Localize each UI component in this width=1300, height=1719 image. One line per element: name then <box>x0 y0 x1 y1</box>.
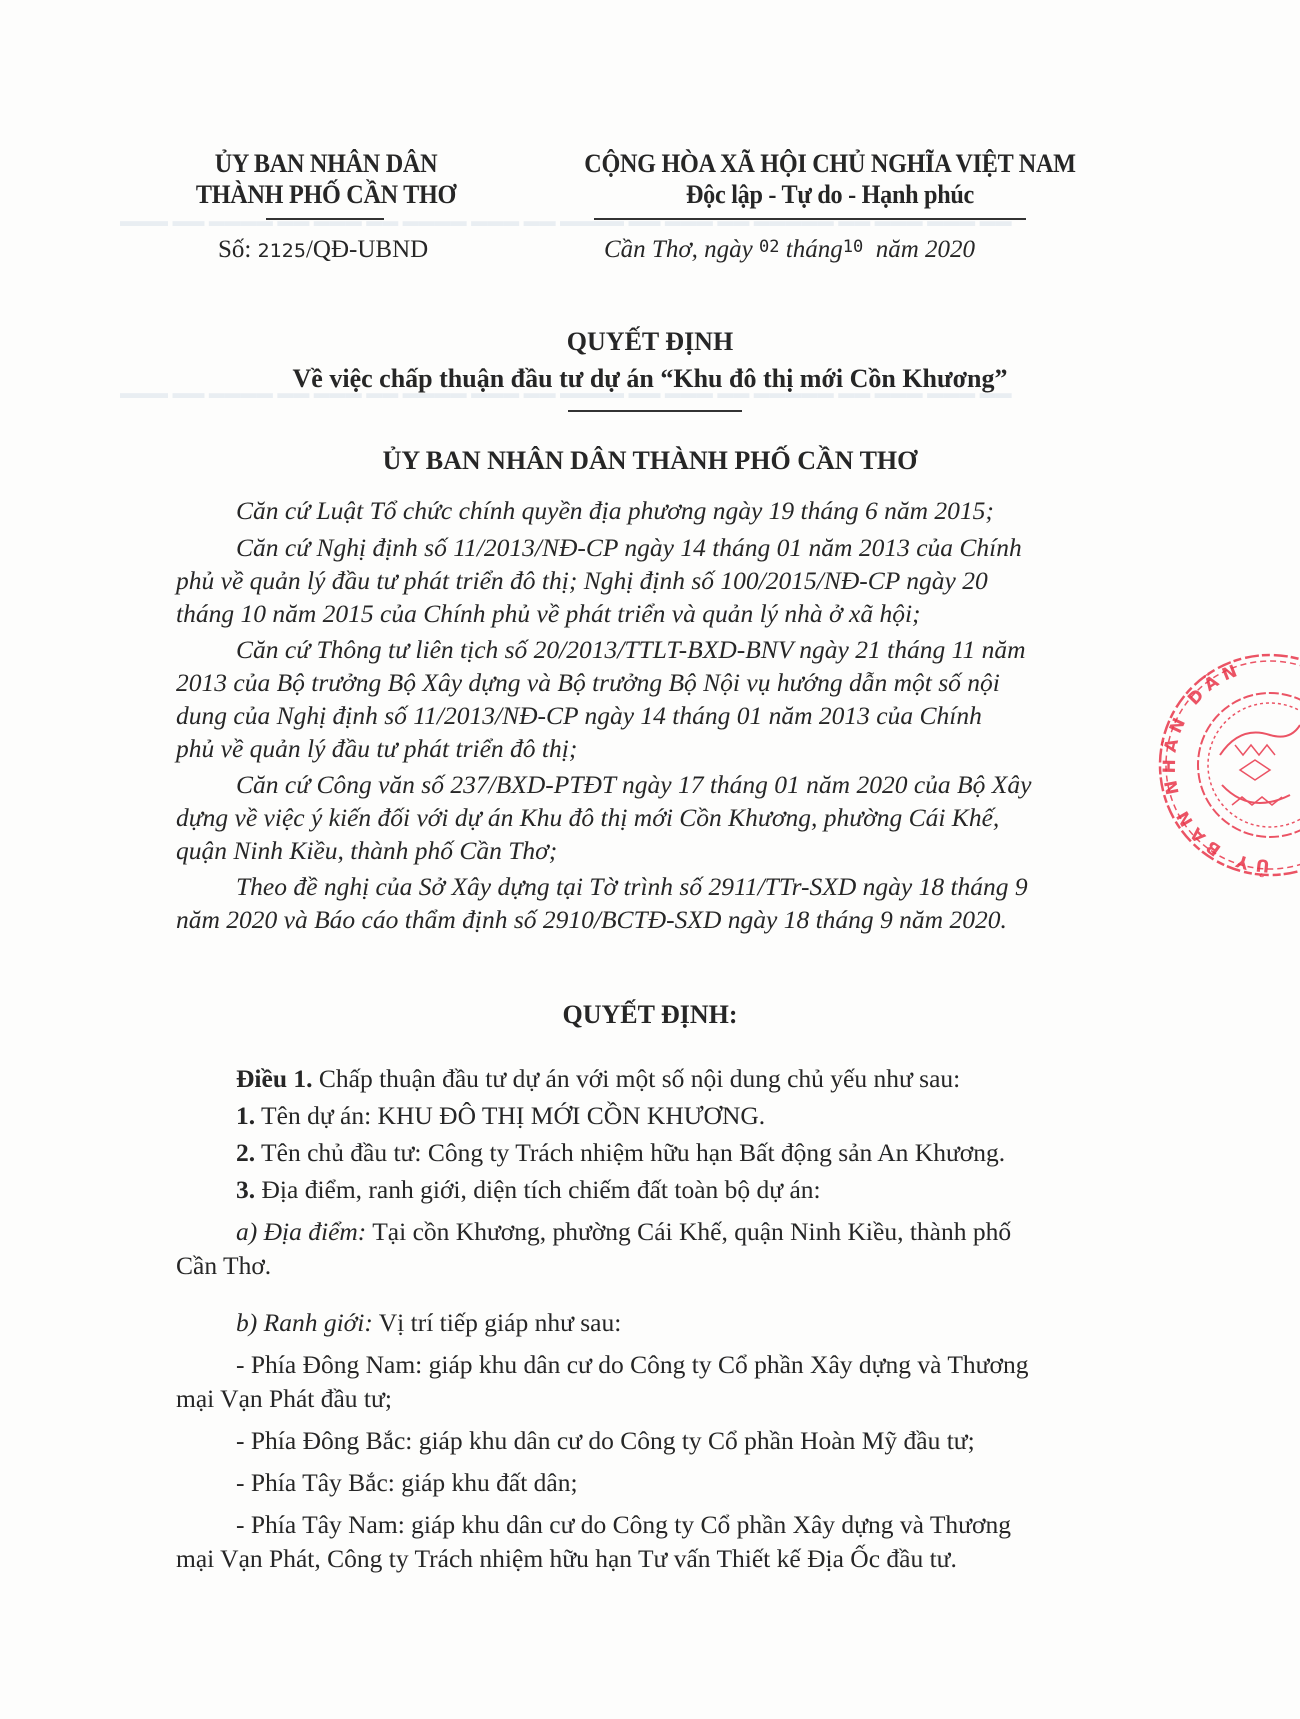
decision-authority: ỦY BAN NHÂN DÂN THÀNH PHỐ CẦN THƠ <box>0 446 1300 476</box>
boundary-side: - Phía Đông Bắc: giáp khu dân cư do Công… <box>176 1424 1138 1458</box>
location-label: a) Địa điểm: <box>236 1217 366 1246</box>
date-month: 10 <box>843 237 863 257</box>
article-item: 2. Tên chủ đầu tư: Công ty Trách nhiệm h… <box>176 1134 1138 1171</box>
article-text: Chấp thuận đầu tư dự án với một số nội d… <box>319 1064 960 1093</box>
authority-line-1: ỦY BAN NHÂN DÂN <box>187 148 466 179</box>
date-place: Cần Thơ, ngày <box>604 236 753 263</box>
authority-line-2: THÀNH PHỐ CẦN THƠ <box>187 179 466 210</box>
document-subject: Về việc chấp thuận đầu tư dự án “Khu đô … <box>0 364 1300 394</box>
document-type-heading: QUYẾT ĐỊNH <box>0 327 1300 357</box>
article-item: 1. Tên dự án: KHU ĐÔ THỊ MỚI CỒN KHƯƠNG. <box>176 1097 1138 1134</box>
boundary-side: - Phía Đông Nam: giáp khu dân cư do Công… <box>176 1348 1138 1416</box>
date-month-label: tháng <box>786 236 843 263</box>
national-motto: Độc lập - Tự do - Hạnh phúc <box>523 179 1137 210</box>
article-label: Điều 1. <box>236 1064 313 1093</box>
decision-heading: QUYẾT ĐỊNH: <box>0 1000 1300 1030</box>
date-year: năm 2020 <box>876 236 975 263</box>
preamble-item: Căn cứ Nghị định số 11/2013/NĐ-CP ngày 1… <box>176 531 1138 630</box>
boundary-label: b) Ranh giới: <box>236 1308 373 1337</box>
preamble-item: Căn cứ Công văn số 237/BXD-PTĐT ngày 17 … <box>176 768 1138 867</box>
preamble-item: Căn cứ Luật Tổ chức chính quyền địa phươ… <box>176 494 1138 527</box>
article-item: 3. Địa điểm, ranh giới, diện tích chiếm … <box>176 1171 1138 1208</box>
number-prefix: Số: <box>218 236 251 263</box>
country-name: CỘNG HÒA XÃ HỘI CHỦ NGHĨA VIỆT NAM <box>523 148 1137 179</box>
number-value: 2125 <box>258 240 306 262</box>
preamble-legal-basis: Căn cứ Luật Tổ chức chính quyền địa phươ… <box>176 494 1138 936</box>
article-1: Điều 1. Chấp thuận đầu tư dự án với một … <box>176 1060 1138 1208</box>
document-page: ▬▬▬ ▬▬ ▬▬▬▬ ▬▬ ▬▬▬ ▬▬ ▬▬▬▬ ▬▬▬ ▬▬ ▬▬▬▬ ▬… <box>0 0 1300 1719</box>
official-seal-stamp: ỦY BAN NHÂN DÂN <box>1140 645 1300 885</box>
issuing-authority: ỦY BAN NHÂN DÂN THÀNH PHỐ CẦN THƠ <box>187 148 466 210</box>
boundary-section: b) Ranh giới: Vị trí tiếp giáp như sau: … <box>176 1306 1138 1576</box>
subject-underline <box>568 410 742 412</box>
stamp-text: ỦY BAN NHÂN DÂN <box>1159 659 1271 879</box>
document-number: Số: 2125/QĐ-UBND <box>218 236 428 264</box>
preamble-item: Căn cứ Thông tư liên tịch số 20/2013/TTL… <box>176 633 1138 765</box>
bleed-through-text: ▬▬▬ ▬▬ ▬▬▬▬ ▬▬ ▬▬▬ ▬▬ ▬▬▬▬ ▬▬▬ ▬▬ ▬▬▬▬ ▬… <box>120 208 1012 236</box>
issue-date: Cần Thơ, ngày 02 tháng10 năm 2020 <box>604 236 975 264</box>
location-section: a) Địa điểm: Tại cồn Khương, phường Cái … <box>176 1215 1138 1283</box>
svg-text:ỦY BAN NHÂN DÂN: ỦY BAN NHÂN DÂN <box>1159 659 1271 879</box>
national-title: CỘNG HÒA XÃ HỘI CHỦ NGHĨA VIỆT NAM Độc l… <box>523 148 1137 210</box>
date-day: 02 <box>759 237 779 257</box>
boundary-side: - Phía Tây Bắc: giáp khu đất dân; <box>176 1466 1138 1500</box>
motto-underline <box>594 218 1026 220</box>
authority-underline <box>266 218 384 220</box>
number-suffix: /QĐ-UBND <box>306 236 428 263</box>
preamble-item: Theo đề nghị của Sở Xây dựng tại Tờ trìn… <box>176 870 1138 936</box>
boundary-side: - Phía Tây Nam: giáp khu dân cư do Công … <box>176 1508 1138 1576</box>
